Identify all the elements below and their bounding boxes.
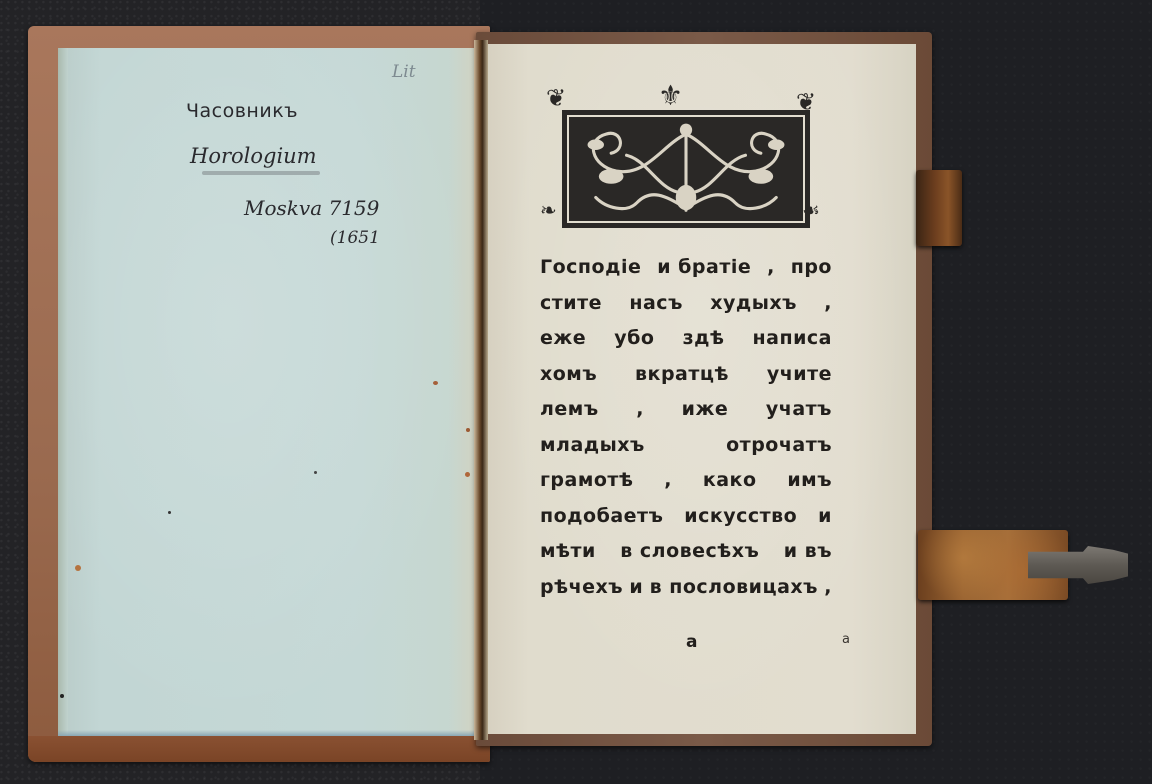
word: насъ: [629, 286, 683, 322]
word: еже: [540, 321, 586, 357]
book-gutter: [474, 40, 488, 740]
foxing-spot: [433, 381, 438, 385]
word: и: [629, 570, 643, 606]
word: в пословицахъ: [650, 570, 818, 606]
word: ,: [664, 463, 672, 499]
word: ,: [767, 250, 775, 286]
corner-scroll-icon: ☙: [802, 200, 820, 220]
word: про: [791, 250, 832, 286]
text-line: хомъ вкратцѣ учите: [540, 357, 832, 393]
word: в словесѣхъ: [620, 534, 759, 570]
word: хомъ: [540, 357, 597, 393]
word: ,: [824, 286, 832, 322]
word: грамотѣ: [540, 463, 633, 499]
crown-fleuron-icon: ⚜: [658, 82, 683, 110]
handwritten-title-latin: Horologium: [190, 144, 317, 168]
text-line: лемъ , иже учатъ: [540, 392, 832, 428]
word: ,: [636, 392, 644, 428]
word: младыхъ: [540, 428, 645, 464]
floral-ornament-icon: [565, 113, 807, 225]
pencil-underline: [202, 171, 320, 175]
catchword: а: [686, 632, 697, 652]
corner-scroll-icon: ❧: [540, 200, 557, 220]
handwritten-year-ad: (1651: [330, 228, 380, 248]
word: написа: [753, 321, 832, 357]
word: лемъ: [540, 392, 599, 428]
foxing-spot: [168, 511, 171, 514]
word: искусство: [684, 499, 797, 535]
text-line: мѣти в словесѣхъ и въ: [540, 534, 832, 570]
word: имъ: [787, 463, 832, 499]
text-line: стите насъ худыхъ ,: [540, 286, 832, 322]
text-line: рѣчехъ и в пословицахъ ,: [540, 570, 832, 606]
word: учатъ: [766, 392, 832, 428]
word: како: [703, 463, 757, 499]
text-line: младыхъ отрочатъ: [540, 428, 832, 464]
pastedown-edge-stain: [58, 48, 68, 736]
headpiece-panel: [562, 110, 810, 228]
word: иже: [682, 392, 729, 428]
foxing-spot: [75, 565, 81, 571]
foxing-spot: [466, 428, 470, 432]
fore-edge-mark: а: [842, 632, 850, 647]
foxing-spot: [465, 472, 470, 477]
clasp-metal-hook: [1028, 546, 1128, 584]
printed-preface-text: Господіе и братіе , про стите насъ худых…: [540, 250, 832, 605]
foxing-spot: [60, 694, 64, 698]
word: убо: [614, 321, 654, 357]
word: рѣчехъ: [540, 570, 623, 606]
foxing-spot: [314, 471, 317, 474]
shelfmark-note: Lit: [392, 62, 416, 82]
text-line: подобаетъ искусство и: [540, 499, 832, 535]
word: и братіе: [657, 250, 751, 286]
word: мѣти: [540, 534, 596, 570]
word: здѣ: [683, 321, 725, 357]
word: Господіе: [540, 250, 641, 286]
handwritten-place-year: Moskva 7159: [244, 196, 379, 220]
word: худыхъ: [710, 286, 797, 322]
word: вкратцѣ: [635, 357, 729, 393]
word: отрочатъ: [726, 428, 832, 464]
pastedown-bottom-stain: [58, 730, 482, 736]
text-line: грамотѣ , како имъ: [540, 463, 832, 499]
word: стите: [540, 286, 602, 322]
woodcut-headpiece: ❦ ⚜ ❦ ❧ ☙: [540, 82, 824, 232]
clasp-catch-leather: [916, 170, 962, 246]
handwritten-title-cyrillic: Часовникъ: [186, 100, 298, 122]
text-line: еже убо здѣ написа: [540, 321, 832, 357]
corner-fleuron-icon: ❦: [546, 86, 566, 110]
word: и въ: [784, 534, 832, 570]
word: учите: [767, 357, 832, 393]
word: и: [818, 499, 832, 535]
text-line: Господіе и братіе , про: [540, 250, 832, 286]
word: ,: [824, 570, 832, 606]
word: подобаетъ: [540, 499, 663, 535]
